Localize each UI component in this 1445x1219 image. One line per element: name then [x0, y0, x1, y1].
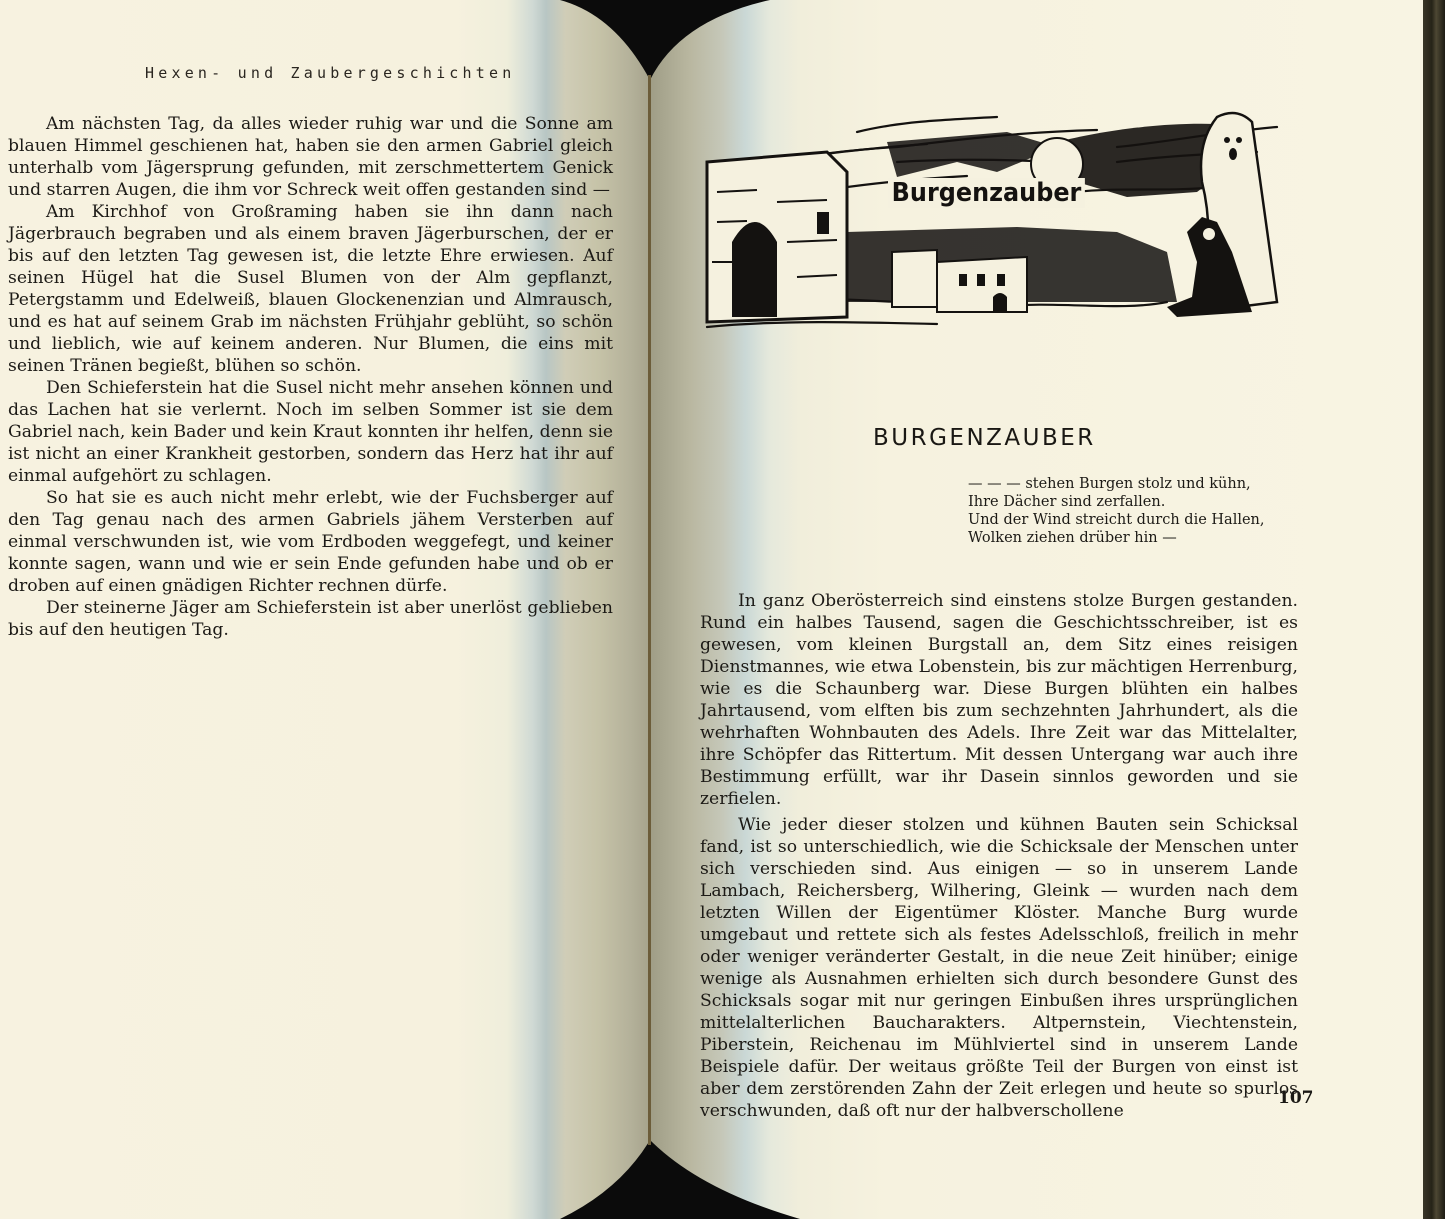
paragraph: Den Schieferstein hat die Susel nicht me… [8, 377, 613, 487]
paragraph: In ganz Oberösterreich sind einstens sto… [700, 590, 1298, 810]
epigraph: — — — stehen Burgen stolz und kühn, Ihre… [968, 475, 1308, 547]
paragraph: Am nächsten Tag, da alles wieder ruhig w… [8, 113, 613, 201]
epigraph-line: Ihre Dächer sind zerfallen. [968, 493, 1308, 511]
book-page-edges [1423, 0, 1445, 1219]
chapter-title: BURGENZAUBER [873, 425, 1096, 451]
paragraph: Der steinerne Jäger am Schieferstein ist… [8, 597, 613, 641]
paragraph: Wie jeder dieser stolzen und kühnen Baut… [700, 814, 1298, 1122]
right-page-body: In ganz Oberösterreich sind einstens sto… [700, 590, 1298, 1122]
paragraph: So hat sie es auch nicht mehr erlebt, wi… [8, 487, 613, 597]
book-spread: Hexen- und Zaubergeschichten Am nächsten… [0, 0, 1445, 1219]
epigraph-line: Und der Wind streicht durch die Hallen, [968, 511, 1308, 529]
running-head: Hexen- und Zaubergeschichten [145, 64, 515, 82]
page-number: 107 [1278, 1088, 1314, 1108]
left-page-body: Am nächsten Tag, da alles wieder ruhig w… [8, 113, 613, 641]
paragraph: Am Kirchhof von Großraming haben sie ihn… [8, 201, 613, 377]
illustration-title: Burgenzauber [888, 178, 1085, 208]
epigraph-line: Wolken ziehen drüber hin — [968, 529, 1308, 547]
book-spine [648, 75, 651, 1145]
castle-ghost-illustration [697, 102, 1290, 330]
epigraph-line: — — — stehen Burgen stolz und kühn, [968, 475, 1308, 493]
